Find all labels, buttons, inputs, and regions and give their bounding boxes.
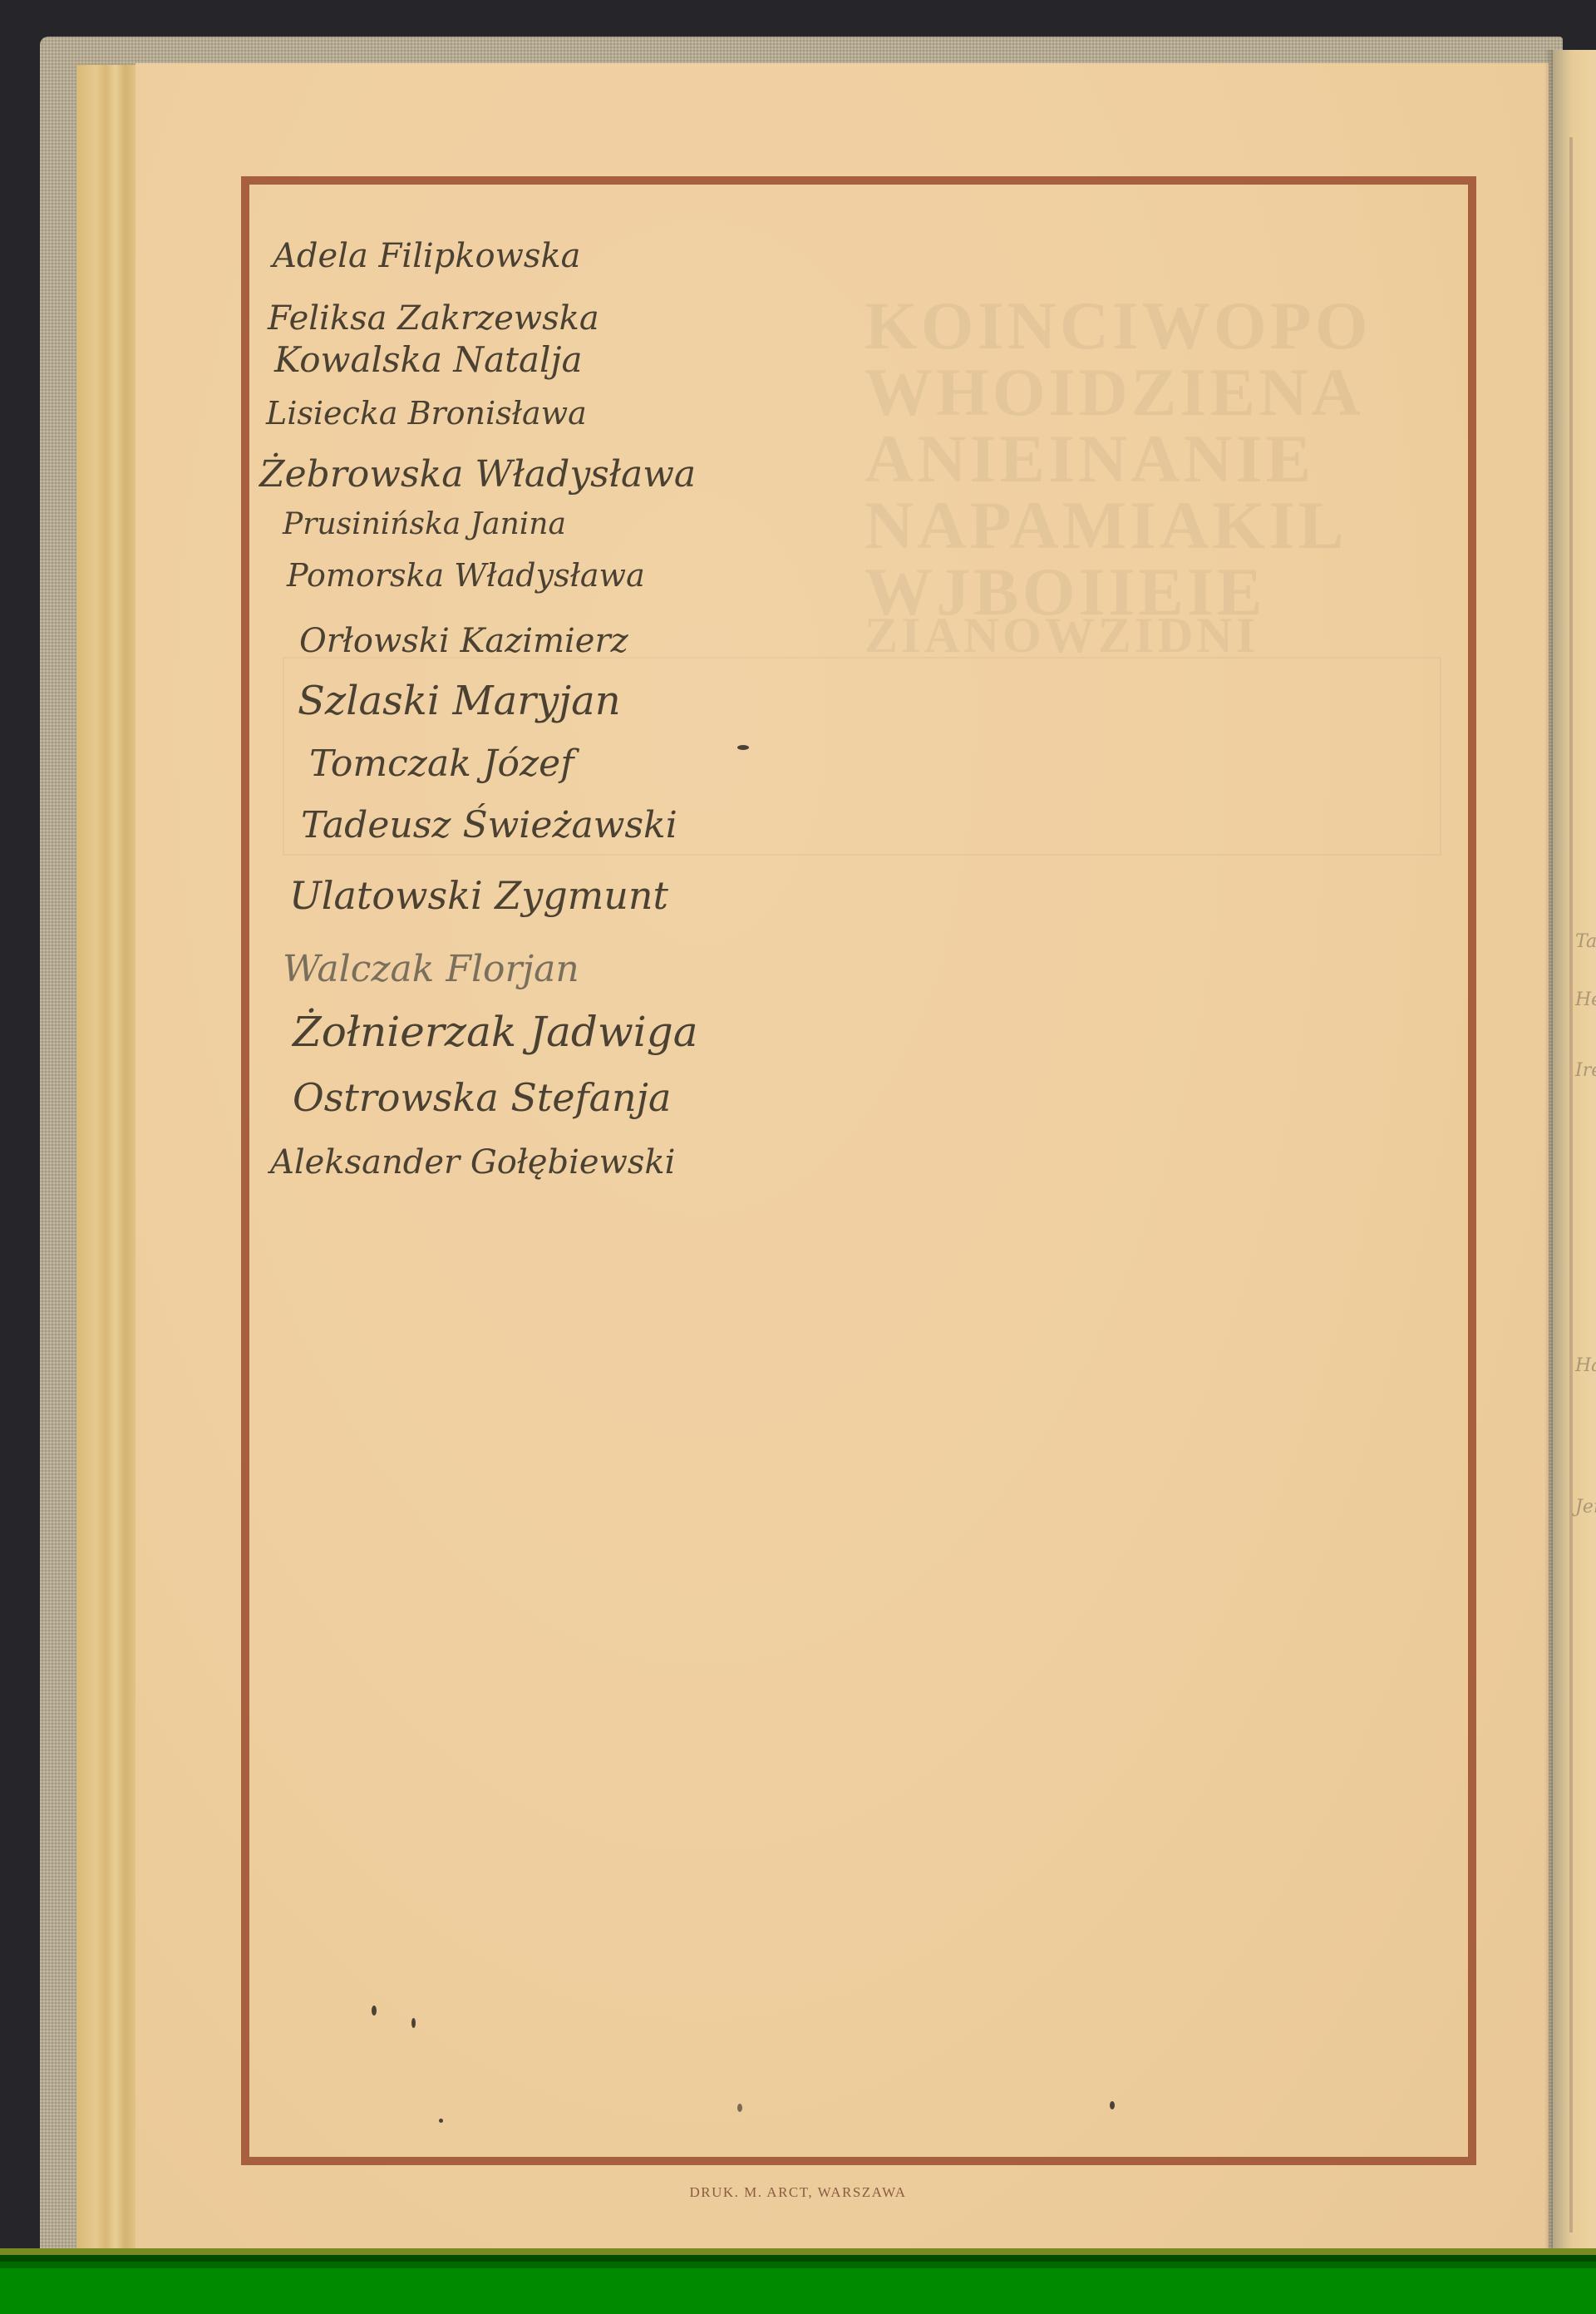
list-item: Feliksa Zakrzewska — [268, 299, 599, 338]
list-item: Szlaski Maryjan — [298, 678, 621, 724]
list-item: Żołnierzak Jadwiga — [293, 1008, 698, 1056]
facing-page-fragment: Jer — [1575, 1497, 1596, 1517]
list-item: Ostrowska Stefanja — [293, 1075, 671, 1120]
list-item: Tadeusz Świeżawski — [301, 804, 677, 846]
list-item: Walczak Florjan — [283, 948, 579, 990]
ink-speck — [1110, 2101, 1115, 2109]
ink-speck — [411, 2018, 416, 2028]
list-item: Lisiecka Bronisława — [266, 395, 587, 432]
list-item: Ulatowski Zygmunt — [289, 873, 668, 918]
ink-speck — [737, 745, 749, 750]
ink-speck — [737, 2104, 742, 2112]
facing-page-fragment: Irena — [1575, 1060, 1596, 1081]
list-item: Orłowski Kazimierz — [299, 622, 628, 660]
list-item: Aleksander Gołębiewski — [270, 1143, 675, 1182]
list-item: Tomczak Józef — [309, 743, 574, 785]
list-item: Prusinińska Janina — [283, 507, 566, 541]
facing-page-fragment: Tadeu — [1575, 931, 1596, 952]
list-item: Pomorska Władysława — [287, 557, 645, 594]
list-item: Żebrowska Władysława — [259, 453, 696, 496]
name-list: Adela Filipkowska Feliksa Zakrzewska Kow… — [0, 0, 1596, 2314]
facing-page-fragment: Heler — [1575, 989, 1596, 1010]
ink-speck — [439, 2119, 443, 2123]
printer-imprint: DRUK. M. ARCT, WARSZAWA — [0, 2184, 1596, 2201]
facing-page-fragment: Han — [1575, 1355, 1596, 1376]
viewer-bottom-bar — [0, 2248, 1596, 2314]
list-item: Kowalska Natalja — [274, 339, 583, 380]
list-item: Adela Filipkowska — [273, 237, 580, 275]
ink-speck — [372, 2006, 377, 2015]
facing-page-border — [1569, 137, 1596, 2233]
